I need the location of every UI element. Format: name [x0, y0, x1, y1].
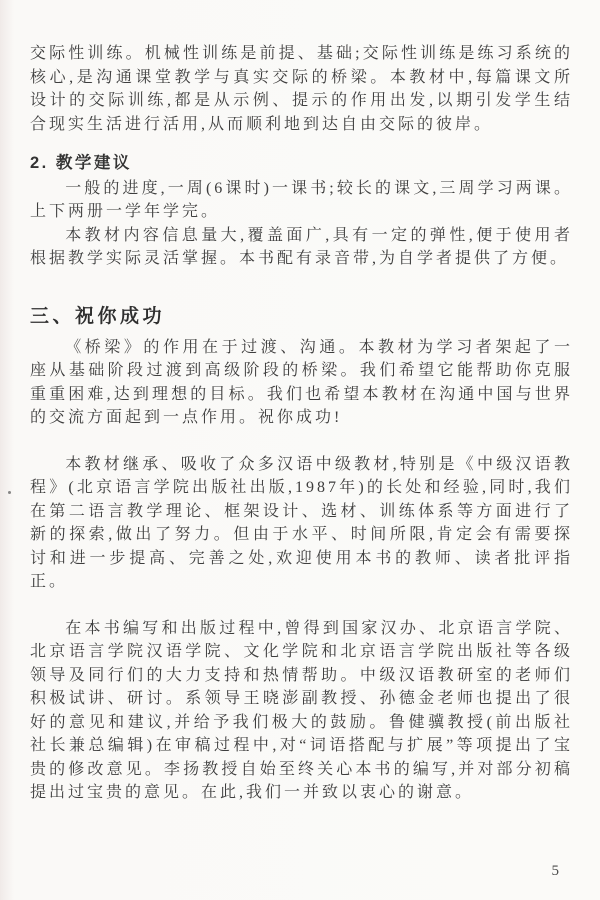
section-heading: 三、祝你成功 [30, 306, 573, 328]
paragraph: 交际性训练。机械性训练是前提、基础;交际性训练是练习系统的核心,是沟通课堂教学与… [30, 42, 573, 136]
paragraph: 在本书编写和出版过程中,曾得到国家汉办、北京语言学院、北京语言学院汉语学院、文化… [30, 617, 573, 805]
page-number: 5 [552, 863, 560, 880]
paragraph: 本教材内容信息量大,覆盖面广,具有一定的弹性,便于使用者根据教学实际灵活掌握。本… [30, 224, 573, 271]
paragraph: 《桥梁》的作用在于过渡、沟通。本教材为学习者架起了一座从基础阶段过渡到高级阶段的… [30, 336, 573, 430]
paragraph: 一般的进度,一周(6课时)一课书;较长的课文,三周学习两课。上下两册一学年学完。 [30, 177, 573, 224]
scan-artifact-dot [8, 491, 11, 494]
section-heading: 2. 教学建议 [30, 154, 573, 173]
paragraph: 本教材继承、吸收了众多汉语中级教材,特别是《中级汉语教程》(北京语言学院出版社出… [30, 453, 573, 594]
text-block: 交际性训练。机械性训练是前提、基础;交际性训练是练习系统的核心,是沟通课堂教学与… [30, 42, 573, 805]
book-page: 交际性训练。机械性训练是前提、基础;交际性训练是练习系统的核心,是沟通课堂教学与… [0, 0, 600, 900]
